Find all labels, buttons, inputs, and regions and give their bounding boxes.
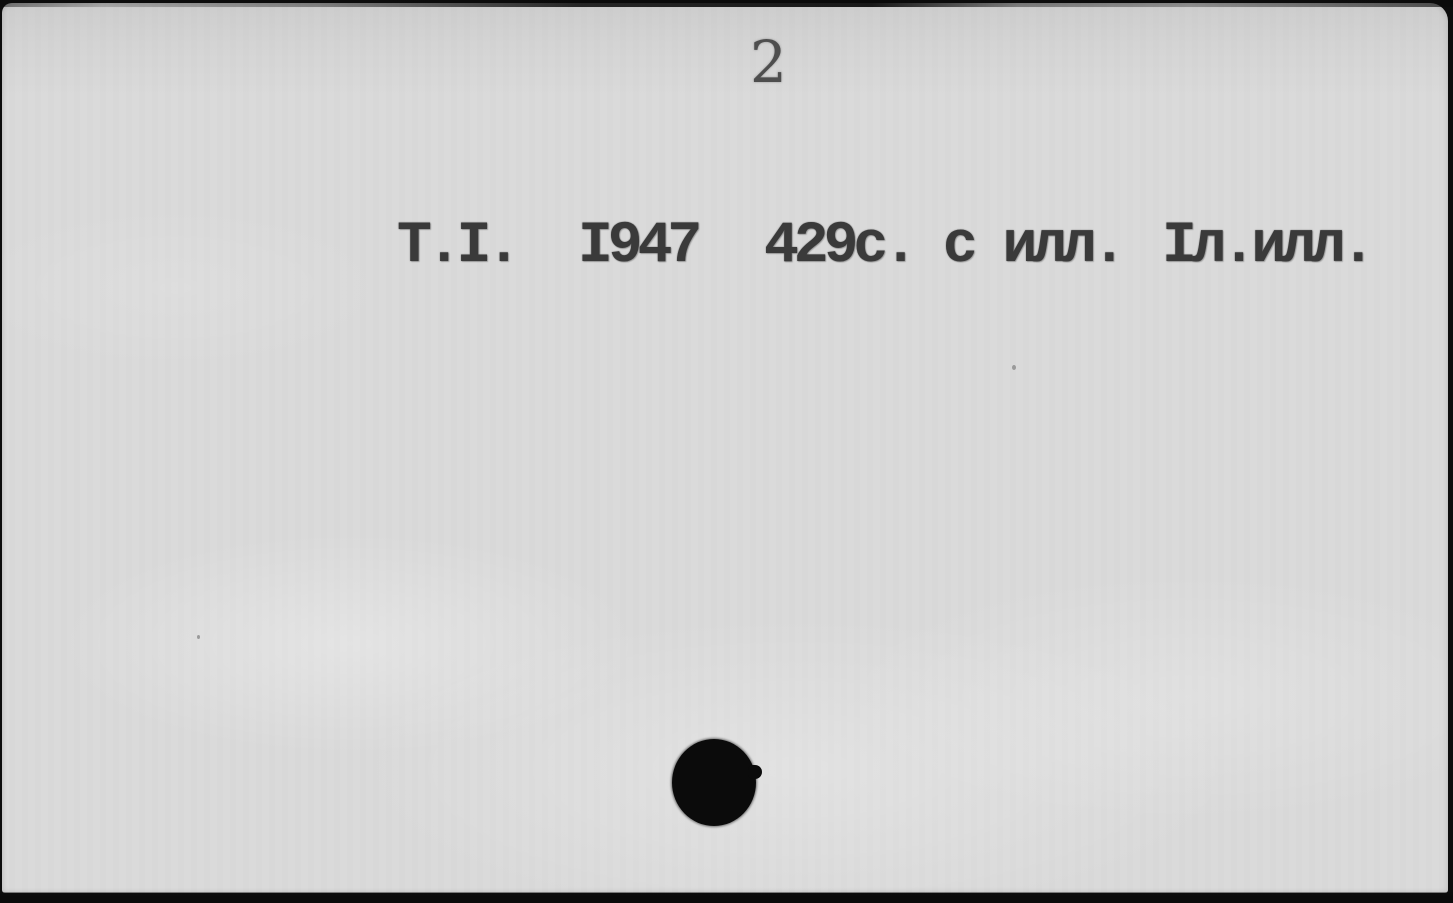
hole-punch-dot-icon bbox=[672, 739, 756, 826]
scan-bottom-edge bbox=[0, 892, 1453, 903]
volume-designation: Т.I. bbox=[397, 218, 516, 276]
pagination-statement: 429с. с илл. bbox=[764, 218, 1122, 276]
plates-statement: Iл.илл. bbox=[1162, 218, 1371, 276]
sheet-number: 2 bbox=[750, 33, 787, 91]
catalog-card: 2 Т.I. I947 429с. с илл. Iл.илл. bbox=[2, 3, 1448, 893]
scan-speck bbox=[197, 635, 200, 639]
scan-speck bbox=[1012, 365, 1016, 370]
publication-year: I947 bbox=[578, 218, 697, 276]
